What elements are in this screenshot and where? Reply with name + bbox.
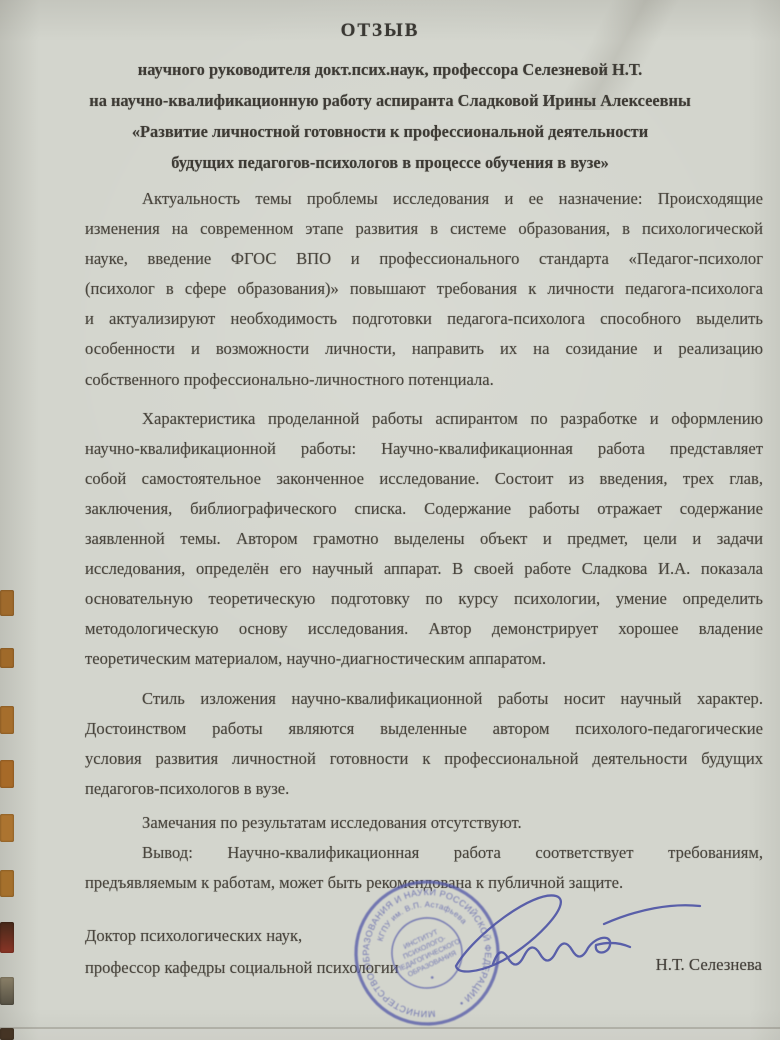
handwritten-signature — [398, 878, 720, 988]
binding-hole — [0, 648, 14, 668]
text-line: заключения, библиографического списка. С… — [85, 494, 763, 524]
binding-hole — [0, 760, 14, 788]
binding-hole — [0, 706, 14, 734]
binding-hole — [0, 1028, 14, 1040]
text-line: Замечания по результатам исследования от… — [85, 808, 763, 838]
text-line: методологическую основу исследования. Ав… — [85, 614, 763, 644]
text-line: Актуальность темы проблемы исследования … — [85, 184, 763, 214]
document-page: ОТЗЫВ научного руководителя докт.псих.на… — [0, 0, 780, 1040]
text-line: и актуализируют необходимость подготовки… — [85, 304, 763, 334]
paragraph: Характеристика проделанной работы аспира… — [85, 404, 763, 675]
text-line: основательную теоретическую подготовку п… — [85, 584, 763, 614]
text-line: науке, введение ФГОС ВПО и профессиональ… — [85, 244, 763, 274]
signature-strokes — [398, 878, 720, 988]
text-line: условия развития личностной готовности к… — [85, 744, 763, 774]
binding-hole — [0, 814, 14, 842]
text-line: собственного профессионально-личностного… — [85, 365, 763, 395]
text-line: научно-квалификационной работы: Научно-к… — [85, 434, 763, 464]
document-title: ОТЗЫВ — [0, 20, 760, 42]
text-line: теоретическим материалом, научно-диагнос… — [85, 644, 763, 674]
text-line: изменения на современном этапе развития … — [85, 214, 763, 244]
text-line: Стиль изложения научно-квалификационной … — [85, 684, 763, 714]
binding-hole — [0, 922, 14, 953]
binding-hole — [0, 977, 14, 1005]
text-line: заявленной темы. Автором грамотно выделе… — [85, 524, 763, 554]
header-line: на научно-квалификационную работу аспира… — [10, 85, 770, 116]
paragraph: Актуальность темы проблемы исследования … — [85, 184, 763, 395]
header-line: будущих педагогов-психологов в процессе … — [10, 147, 770, 178]
binding-hole — [0, 590, 14, 616]
text-line: особенности и возможности личности, напр… — [85, 334, 763, 364]
document-header: научного руководителя докт.псих.наук, пр… — [10, 54, 770, 178]
text-line: педагогов-психологов в вузе. — [85, 774, 763, 804]
header-line: научного руководителя докт.псих.наук, пр… — [10, 54, 770, 85]
text-line: исследования, определён его научный аппа… — [85, 554, 763, 584]
paragraph: Замечания по результатам исследования от… — [85, 808, 763, 838]
header-line: «Развитие личностной готовности к профес… — [10, 116, 770, 147]
text-line: Характеристика проделанной работы аспира… — [85, 404, 763, 434]
text-line: (психолог в сфере образования)» повышают… — [85, 274, 763, 304]
binding-hole — [0, 870, 14, 897]
text-line: собой самостоятельное законченное исслед… — [85, 464, 763, 494]
paragraph: Стиль изложения научно-квалификационной … — [85, 684, 763, 804]
text-line: Достоинством работы являются выделенные … — [85, 714, 763, 744]
text-line: Вывод: Научно-квалификационная работа со… — [85, 838, 763, 868]
document-body: Актуальность темы проблемы исследования … — [85, 184, 763, 907]
